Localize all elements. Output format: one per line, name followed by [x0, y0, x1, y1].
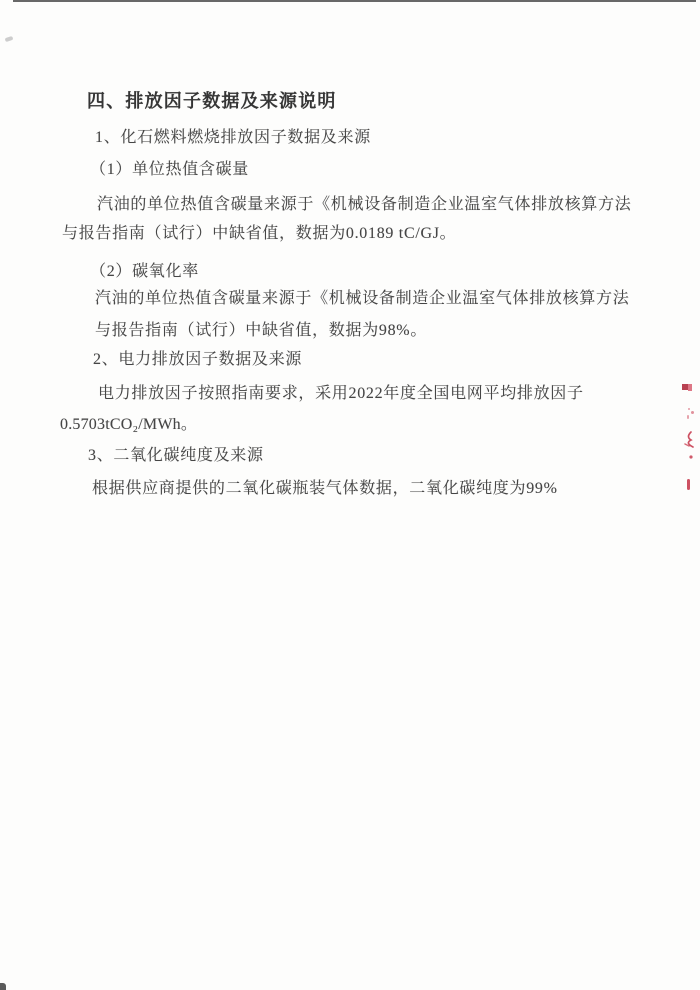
- section3-title: 3、二氧化碳纯度及来源: [88, 446, 264, 465]
- section1-sub2-line1: 汽油的单位热值含碳量来源于《机械设备制造企业温室气体排放核算方法: [95, 289, 629, 308]
- scan-corner-artifact: [0, 983, 6, 990]
- smudge-artifact: [5, 36, 14, 42]
- red-stamp-fragment: [681, 430, 697, 462]
- section3-line1: 根据供应商提供的二氧化碳瓶装气体数据，二氧化碳纯度为99%: [92, 479, 558, 498]
- section1-sub2-line2: 与报告指南（试行）中缺省值，数据为98%。: [95, 321, 427, 340]
- red-stamp-fragment: [688, 384, 692, 391]
- section2-title: 2、电力排放因子数据及来源: [93, 350, 302, 369]
- section1-sub1-title: （1）单位热值含碳量: [90, 160, 249, 179]
- red-stamp-fragment: [687, 479, 690, 490]
- red-stamp-fragment: [687, 415, 689, 419]
- section1-title: 1、化石燃料燃烧排放因子数据及来源: [95, 128, 371, 147]
- document-page: 四、排放因子数据及来源说明 1、化石燃料燃烧排放因子数据及来源 （1）单位热值含…: [0, 0, 700, 990]
- section2-line1: 电力排放因子按照指南要求，采用2022年度全国电网平均排放因子: [98, 384, 584, 403]
- section1-sub1-line2: 与报告指南（试行）中缺省值，数据为0.0189 tC/GJ。: [62, 224, 456, 243]
- page-title: 四、排放因子数据及来源说明: [87, 92, 337, 111]
- section1-sub2-title: （2）碳氧化率: [90, 262, 199, 281]
- red-stamp-fragment: [691, 411, 694, 414]
- section2-line2: 0.5703tCO₂/MWh。: [60, 415, 197, 434]
- section1-sub1-line1: 汽油的单位热值含碳量来源于《机械设备制造企业温室气体排放核算方法: [97, 195, 631, 214]
- red-stamp-fragment: [688, 408, 690, 410]
- scan-edge-artifact: [13, 0, 696, 2]
